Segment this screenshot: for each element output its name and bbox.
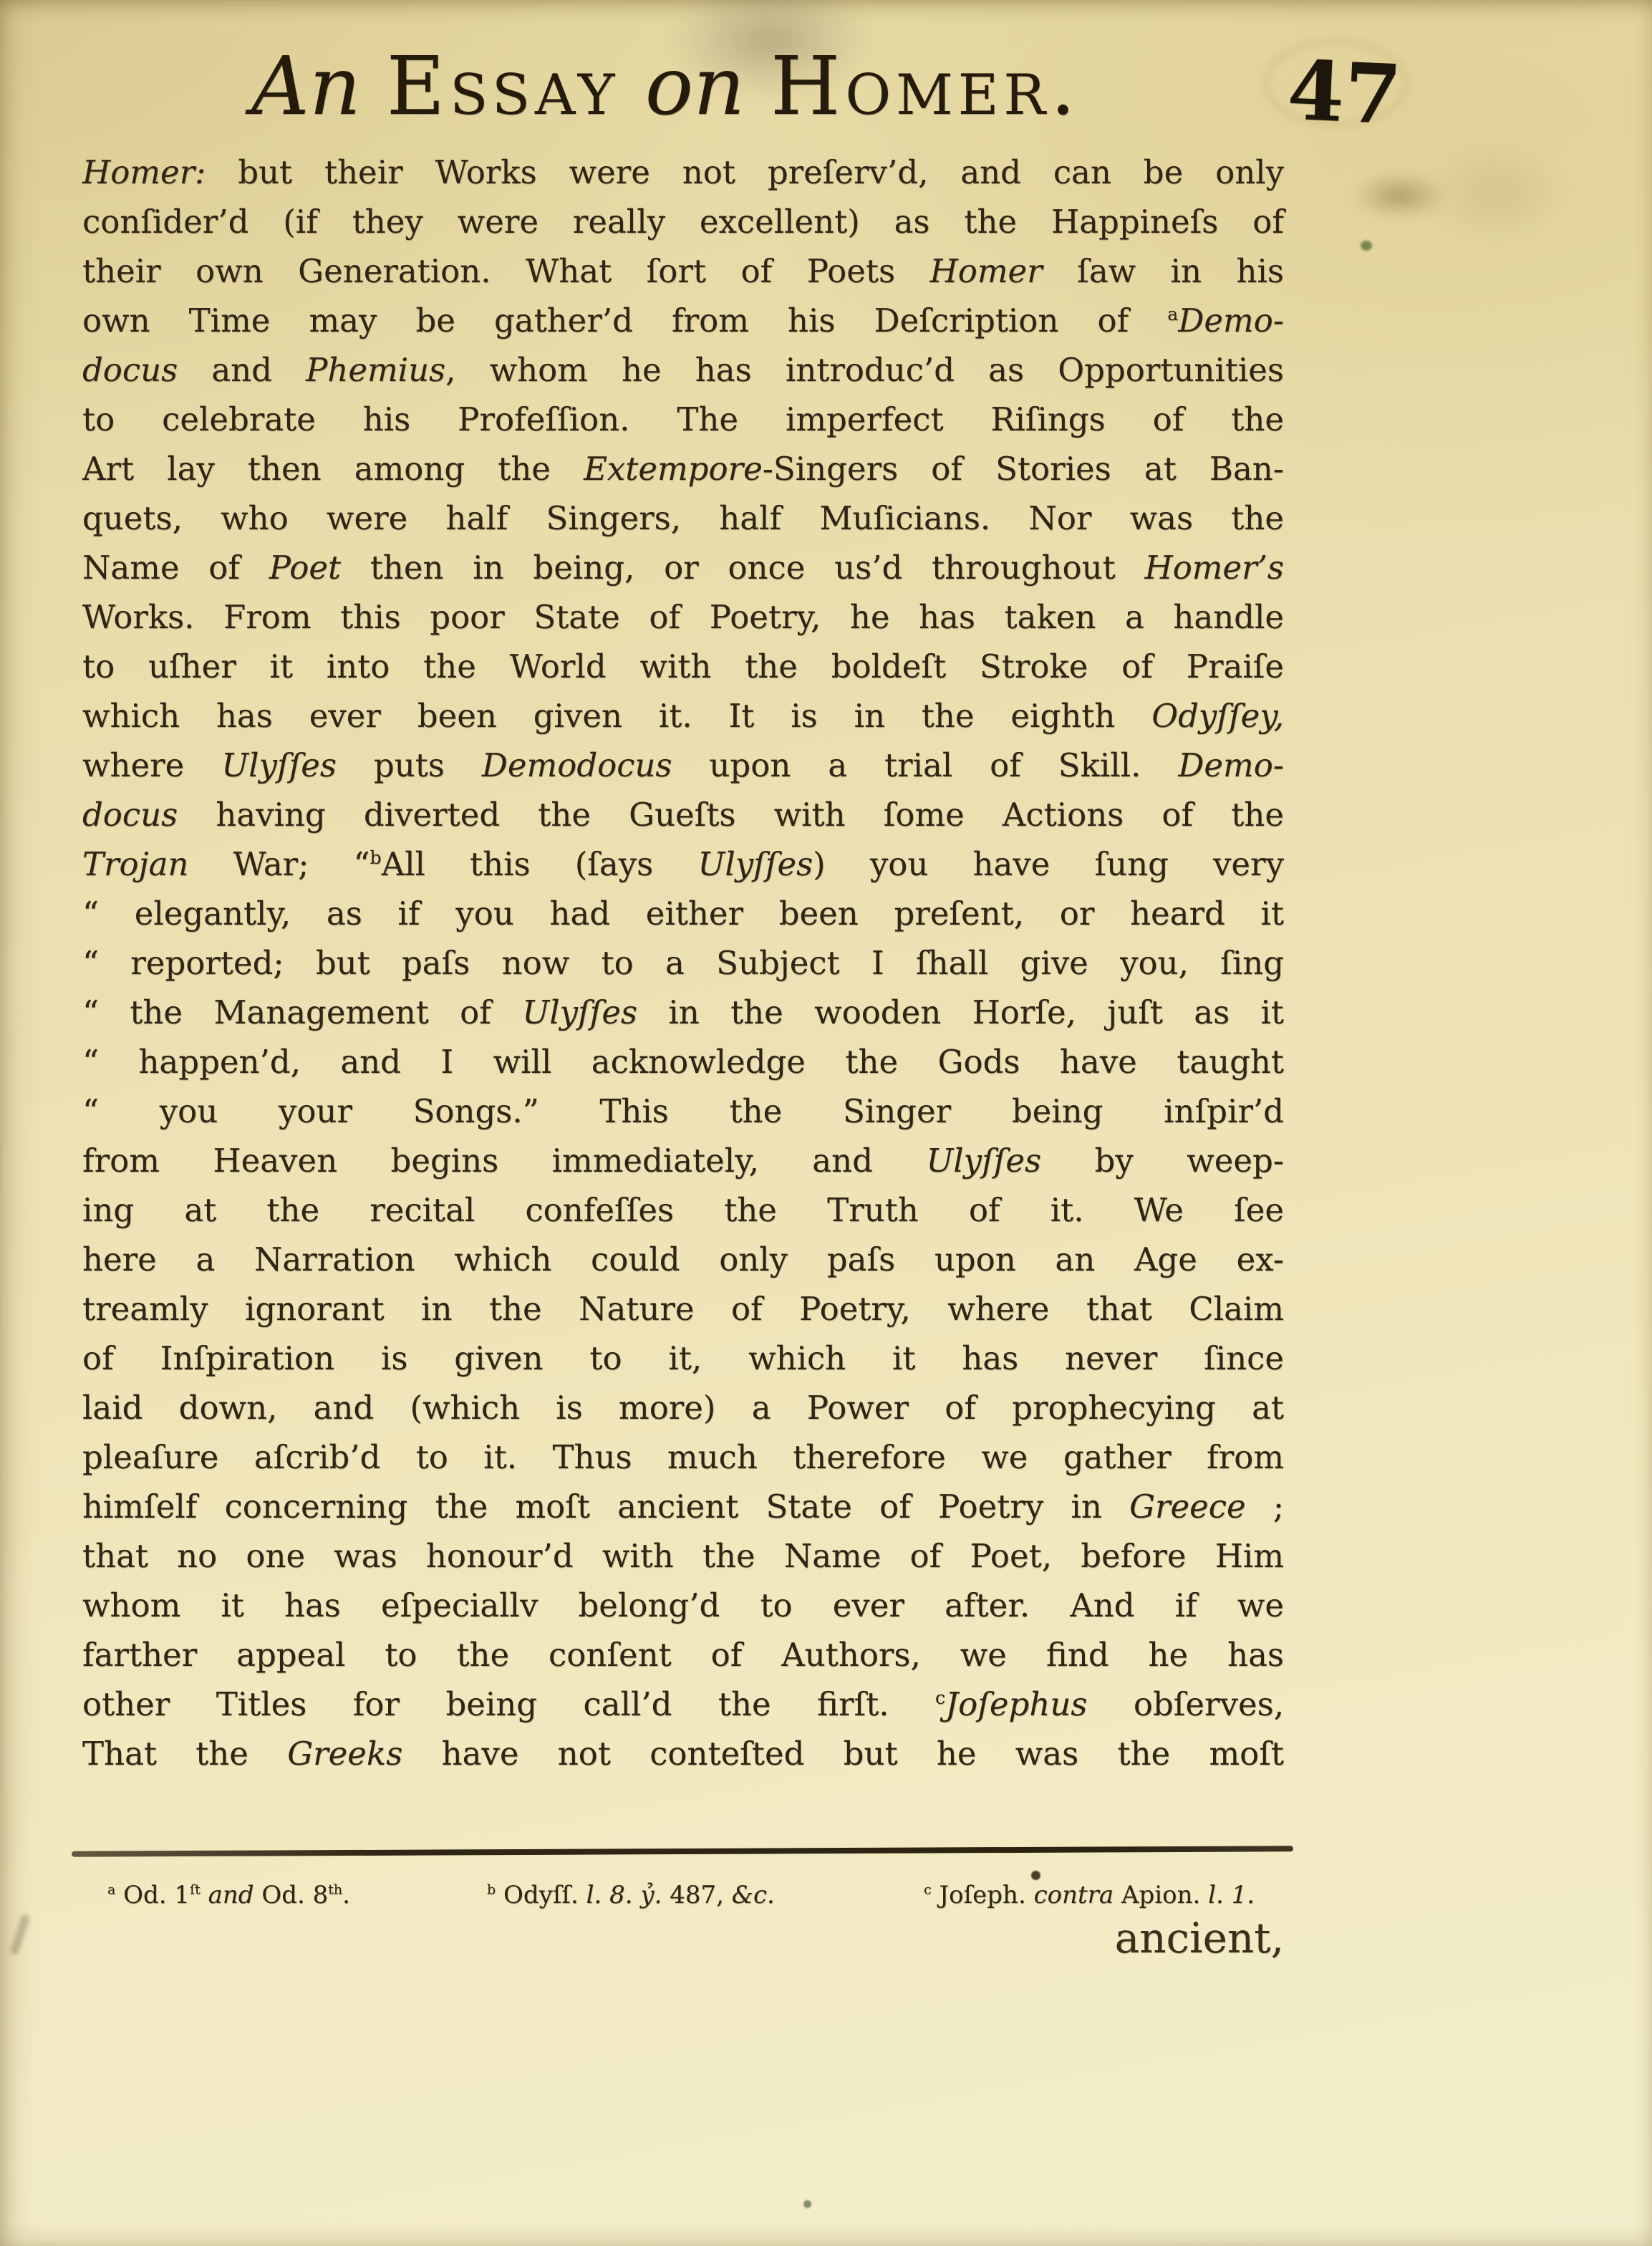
text-segment: “ happen’d, and I will acknowledge the G… xyxy=(82,1043,1284,1081)
text-segment: and xyxy=(208,1881,254,1909)
text-segment: An xyxy=(251,40,361,133)
text-segment: c xyxy=(924,1882,932,1898)
text-segment: Joſephus xyxy=(945,1685,1087,1723)
text-segment: ing at the recital confeſſes the Truth o… xyxy=(82,1191,1284,1229)
text-segment: Essay xyxy=(387,40,620,133)
text-line: docus and Phemius, whom he has introduc’… xyxy=(82,345,1284,395)
text-segment xyxy=(619,40,645,133)
paper-stain-left-mark xyxy=(9,1914,30,1956)
text-segment: laid down, and (which is more) a Power o… xyxy=(82,1389,1284,1427)
essay-title: An Essay on Homer. xyxy=(82,40,1250,133)
paper-stain-bottom-fleck xyxy=(803,2200,811,2208)
text-line: that no one was honour’d with the Name o… xyxy=(82,1531,1284,1581)
text-segment: conſider’d (if they were really excellen… xyxy=(82,203,1284,241)
text-segment: docus xyxy=(82,796,178,834)
text-line: whom it has eſpeciallv belong’d to ever … xyxy=(82,1581,1284,1630)
footnote-a: a Od. 1ſt and Od. 8th. xyxy=(107,1878,350,1912)
text-segment: That the xyxy=(82,1735,287,1773)
text-segment xyxy=(361,40,387,133)
text-segment: Demodocus xyxy=(482,746,672,784)
text-segment: Phemius xyxy=(306,351,445,389)
text-segment: 487, xyxy=(662,1881,731,1909)
text-segment: to uſher it into the World with the bold… xyxy=(82,647,1284,685)
text-segment: ) you have ſung very xyxy=(813,845,1284,883)
text-segment: Ulyſſes xyxy=(697,845,813,883)
text-segment: Homer’s xyxy=(1144,549,1284,587)
text-segment: th xyxy=(328,1882,342,1898)
text-segment: Poet xyxy=(269,549,341,587)
text-segment: on xyxy=(645,40,745,133)
text-segment: ; xyxy=(1246,1488,1284,1526)
text-segment: where xyxy=(82,746,221,784)
text-line: here a Narration which could only paſs u… xyxy=(82,1235,1284,1284)
text-line: Homer: but their Works were not preſerv’… xyxy=(82,148,1284,197)
catchword: ancient, xyxy=(82,1914,1284,1962)
text-line: laid down, and (which is more) a Power o… xyxy=(82,1383,1284,1432)
text-line: “ reported; but paſs now to a Subject I … xyxy=(82,938,1284,988)
text-segment: Extempore xyxy=(584,450,763,488)
text-segment: by weep- xyxy=(1041,1142,1284,1180)
text-segment: Homer: xyxy=(82,153,206,191)
text-segment: b xyxy=(370,847,382,868)
book-page: An Essay on Homer. 47 Homer: but their W… xyxy=(0,0,1652,2246)
text-segment: docus xyxy=(82,351,178,389)
text-line: of Inſpiration is given to it, which it … xyxy=(82,1334,1284,1383)
text-segment: Ulyſſes xyxy=(522,993,637,1031)
text-segment: their own Generation. What ſort of Poets xyxy=(82,252,930,290)
text-segment: Trojan xyxy=(82,845,188,883)
text-segment: treamly ignorant in the Nature of Poetry… xyxy=(82,1290,1284,1328)
text-segment: which has ever been given it. It is in t… xyxy=(82,697,1151,735)
text-segment: ỷ. xyxy=(640,1881,662,1909)
text-segment: c xyxy=(935,1687,945,1708)
text-segment: “ you your Songs.” This the Singer being… xyxy=(82,1092,1284,1130)
text-segment: Art lay then among the xyxy=(82,450,584,488)
text-segment: have not conteſted but he was the moſt xyxy=(402,1735,1284,1773)
text-segment: Odyſſ. xyxy=(496,1881,586,1909)
text-line: to uſher it into the World with the bold… xyxy=(82,642,1284,691)
paper-stain-fleck xyxy=(1361,241,1372,251)
paper-stain-halo xyxy=(1404,122,1590,265)
text-segment: Joſeph. xyxy=(932,1881,1034,1909)
text-segment: . xyxy=(342,1881,350,1909)
text-segment: Ulyſſes xyxy=(926,1142,1041,1180)
text-segment: , whom he has introduc’d as Opportunitie… xyxy=(445,351,1284,389)
text-segment: pleaſure aſcrib’d to it. Thus much there… xyxy=(82,1438,1284,1476)
text-segment: from Heaven begins immediately, and xyxy=(82,1142,926,1180)
text-segment: here a Narration which could only paſs u… xyxy=(82,1240,1284,1278)
text-segment: that no one was honour’d with the Name o… xyxy=(82,1537,1284,1575)
text-line: other Titles for being call’d the firſt.… xyxy=(82,1679,1284,1729)
footnote-rule xyxy=(72,1846,1293,1856)
text-segment: “ elegantly, as if you had either been p… xyxy=(82,895,1284,932)
footnote-b: b Odyſſ. l. 8. ỷ. 487, &c. xyxy=(487,1878,775,1912)
text-segment: Apion. xyxy=(1114,1881,1208,1909)
text-segment: in the wooden Horſe, juſt as it xyxy=(637,993,1284,1031)
text-line: from Heaven begins immediately, and Ulyſ… xyxy=(82,1136,1284,1185)
text-line: Works. From this poor State of Poetry, h… xyxy=(82,592,1284,642)
text-segment: Homer. xyxy=(771,40,1081,133)
text-line: Name of Poet then in being, or once us’d… xyxy=(82,543,1284,592)
text-segment: contra xyxy=(1034,1881,1114,1909)
text-segment: then in being, or once us’d throughout xyxy=(341,549,1144,587)
text-segment: a xyxy=(1167,304,1178,324)
text-line: ing at the recital confeſſes the Truth o… xyxy=(82,1185,1284,1235)
text-segment: l. 1. xyxy=(1208,1881,1255,1909)
text-line: conſider’d (if they were really excellen… xyxy=(82,197,1284,246)
footnote-c: c Joſeph. contra Apion. l. 1. xyxy=(924,1878,1255,1912)
text-segment: having diverted the Gueſts with ſome Act… xyxy=(178,796,1284,834)
text-segment: Greece xyxy=(1129,1488,1246,1526)
text-segment: Homer xyxy=(930,252,1043,290)
text-line: “ you your Songs.” This the Singer being… xyxy=(82,1086,1284,1136)
text-segment: a xyxy=(107,1882,115,1898)
text-segment: own Time may be gather’d from his Deſcri… xyxy=(82,302,1167,339)
text-line: docus having diverted the Gueſts with ſo… xyxy=(82,790,1284,839)
text-line: Trojan War; “bAll this (ſays Ulyſſes) yo… xyxy=(82,839,1284,889)
text-segment: “ reported; but paſs now to a Subject I … xyxy=(82,944,1284,982)
text-line: “ happen’d, and I will acknowledge the G… xyxy=(82,1037,1284,1086)
text-segment: War; “ xyxy=(188,845,369,883)
text-segment: ſaw in his xyxy=(1043,252,1284,290)
text-segment: himſelf concerning the moſt ancient Stat… xyxy=(82,1488,1129,1526)
text-segment: &c. xyxy=(732,1881,775,1909)
text-line: That the Greeks have not conteſted but h… xyxy=(82,1729,1284,1778)
page-number: 47 xyxy=(1285,42,1403,143)
text-line: their own Generation. What ſort of Poets… xyxy=(82,246,1284,296)
text-line: himſelf concerning the moſt ancient Stat… xyxy=(82,1482,1284,1531)
text-segment: other Titles for being call’d the firſt. xyxy=(82,1685,935,1723)
text-segment: Name of xyxy=(82,549,269,587)
text-line: pleaſure aſcrib’d to it. Thus much there… xyxy=(82,1432,1284,1482)
text-segment: “ the Management of xyxy=(82,993,522,1031)
text-segment: puts xyxy=(337,746,482,784)
text-segment: and xyxy=(178,351,306,389)
text-line: quets, who were half Singers, half Muſic… xyxy=(82,493,1284,543)
text-segment: farther appeal to the conſent of Authors… xyxy=(82,1636,1284,1674)
text-segment: -Singers of Stories at Ban- xyxy=(763,450,1284,488)
text-segment: but their Works were not preſerv’d, and … xyxy=(206,153,1284,191)
text-segment: of Inſpiration is given to it, which it … xyxy=(82,1339,1284,1377)
text-segment: whom it has eſpeciallv belong’d to ever … xyxy=(82,1586,1284,1624)
text-segment xyxy=(745,40,771,133)
text-segment: Demo- xyxy=(1178,746,1284,784)
text-segment: Greeks xyxy=(287,1735,402,1773)
text-segment: All this (ſays xyxy=(382,845,698,883)
text-segment: upon a trial of Skill. xyxy=(672,746,1179,784)
text-line: “ the Management of Ulyſſes in the woode… xyxy=(82,988,1284,1037)
text-segment: Ulyſſes xyxy=(221,746,337,784)
text-line: “ elegantly, as if you had either been p… xyxy=(82,889,1284,938)
text-line: where Ulyſſes puts Demodocus upon a tria… xyxy=(82,741,1284,790)
text-line: Art lay then among the Extempore-Singers… xyxy=(82,444,1284,493)
text-segment: quets, who were half Singers, half Muſic… xyxy=(82,499,1284,537)
text-line: treamly ignorant in the Nature of Poetry… xyxy=(82,1284,1284,1334)
text-segment xyxy=(201,1881,208,1909)
paper-stain-blotch xyxy=(1350,170,1450,221)
text-segment: to celebrate his Profeſſion. The imperfe… xyxy=(82,400,1284,438)
text-segment: Works. From this poor State of Poetry, h… xyxy=(82,598,1284,636)
text-line: which has ever been given it. It is in t… xyxy=(82,691,1284,741)
text-line: farther appeal to the conſent of Authors… xyxy=(82,1630,1284,1679)
text-segment: Odyſſey, xyxy=(1151,697,1284,735)
body-text: Homer: but their Works were not preſerv’… xyxy=(82,148,1284,1778)
text-line: own Time may be gather’d from his Deſcri… xyxy=(82,296,1284,345)
text-segment: obſerves, xyxy=(1087,1685,1284,1723)
text-segment: Demo- xyxy=(1178,302,1284,339)
text-segment: b xyxy=(487,1882,496,1898)
text-segment: Od. 1 xyxy=(115,1881,190,1909)
text-segment: Od. 8 xyxy=(254,1881,329,1909)
text-segment: ſt xyxy=(190,1882,201,1898)
text-segment xyxy=(633,1881,641,1909)
text-line: to celebrate his Profeſſion. The imperfe… xyxy=(82,395,1284,444)
text-segment: l. 8. xyxy=(586,1881,633,1909)
